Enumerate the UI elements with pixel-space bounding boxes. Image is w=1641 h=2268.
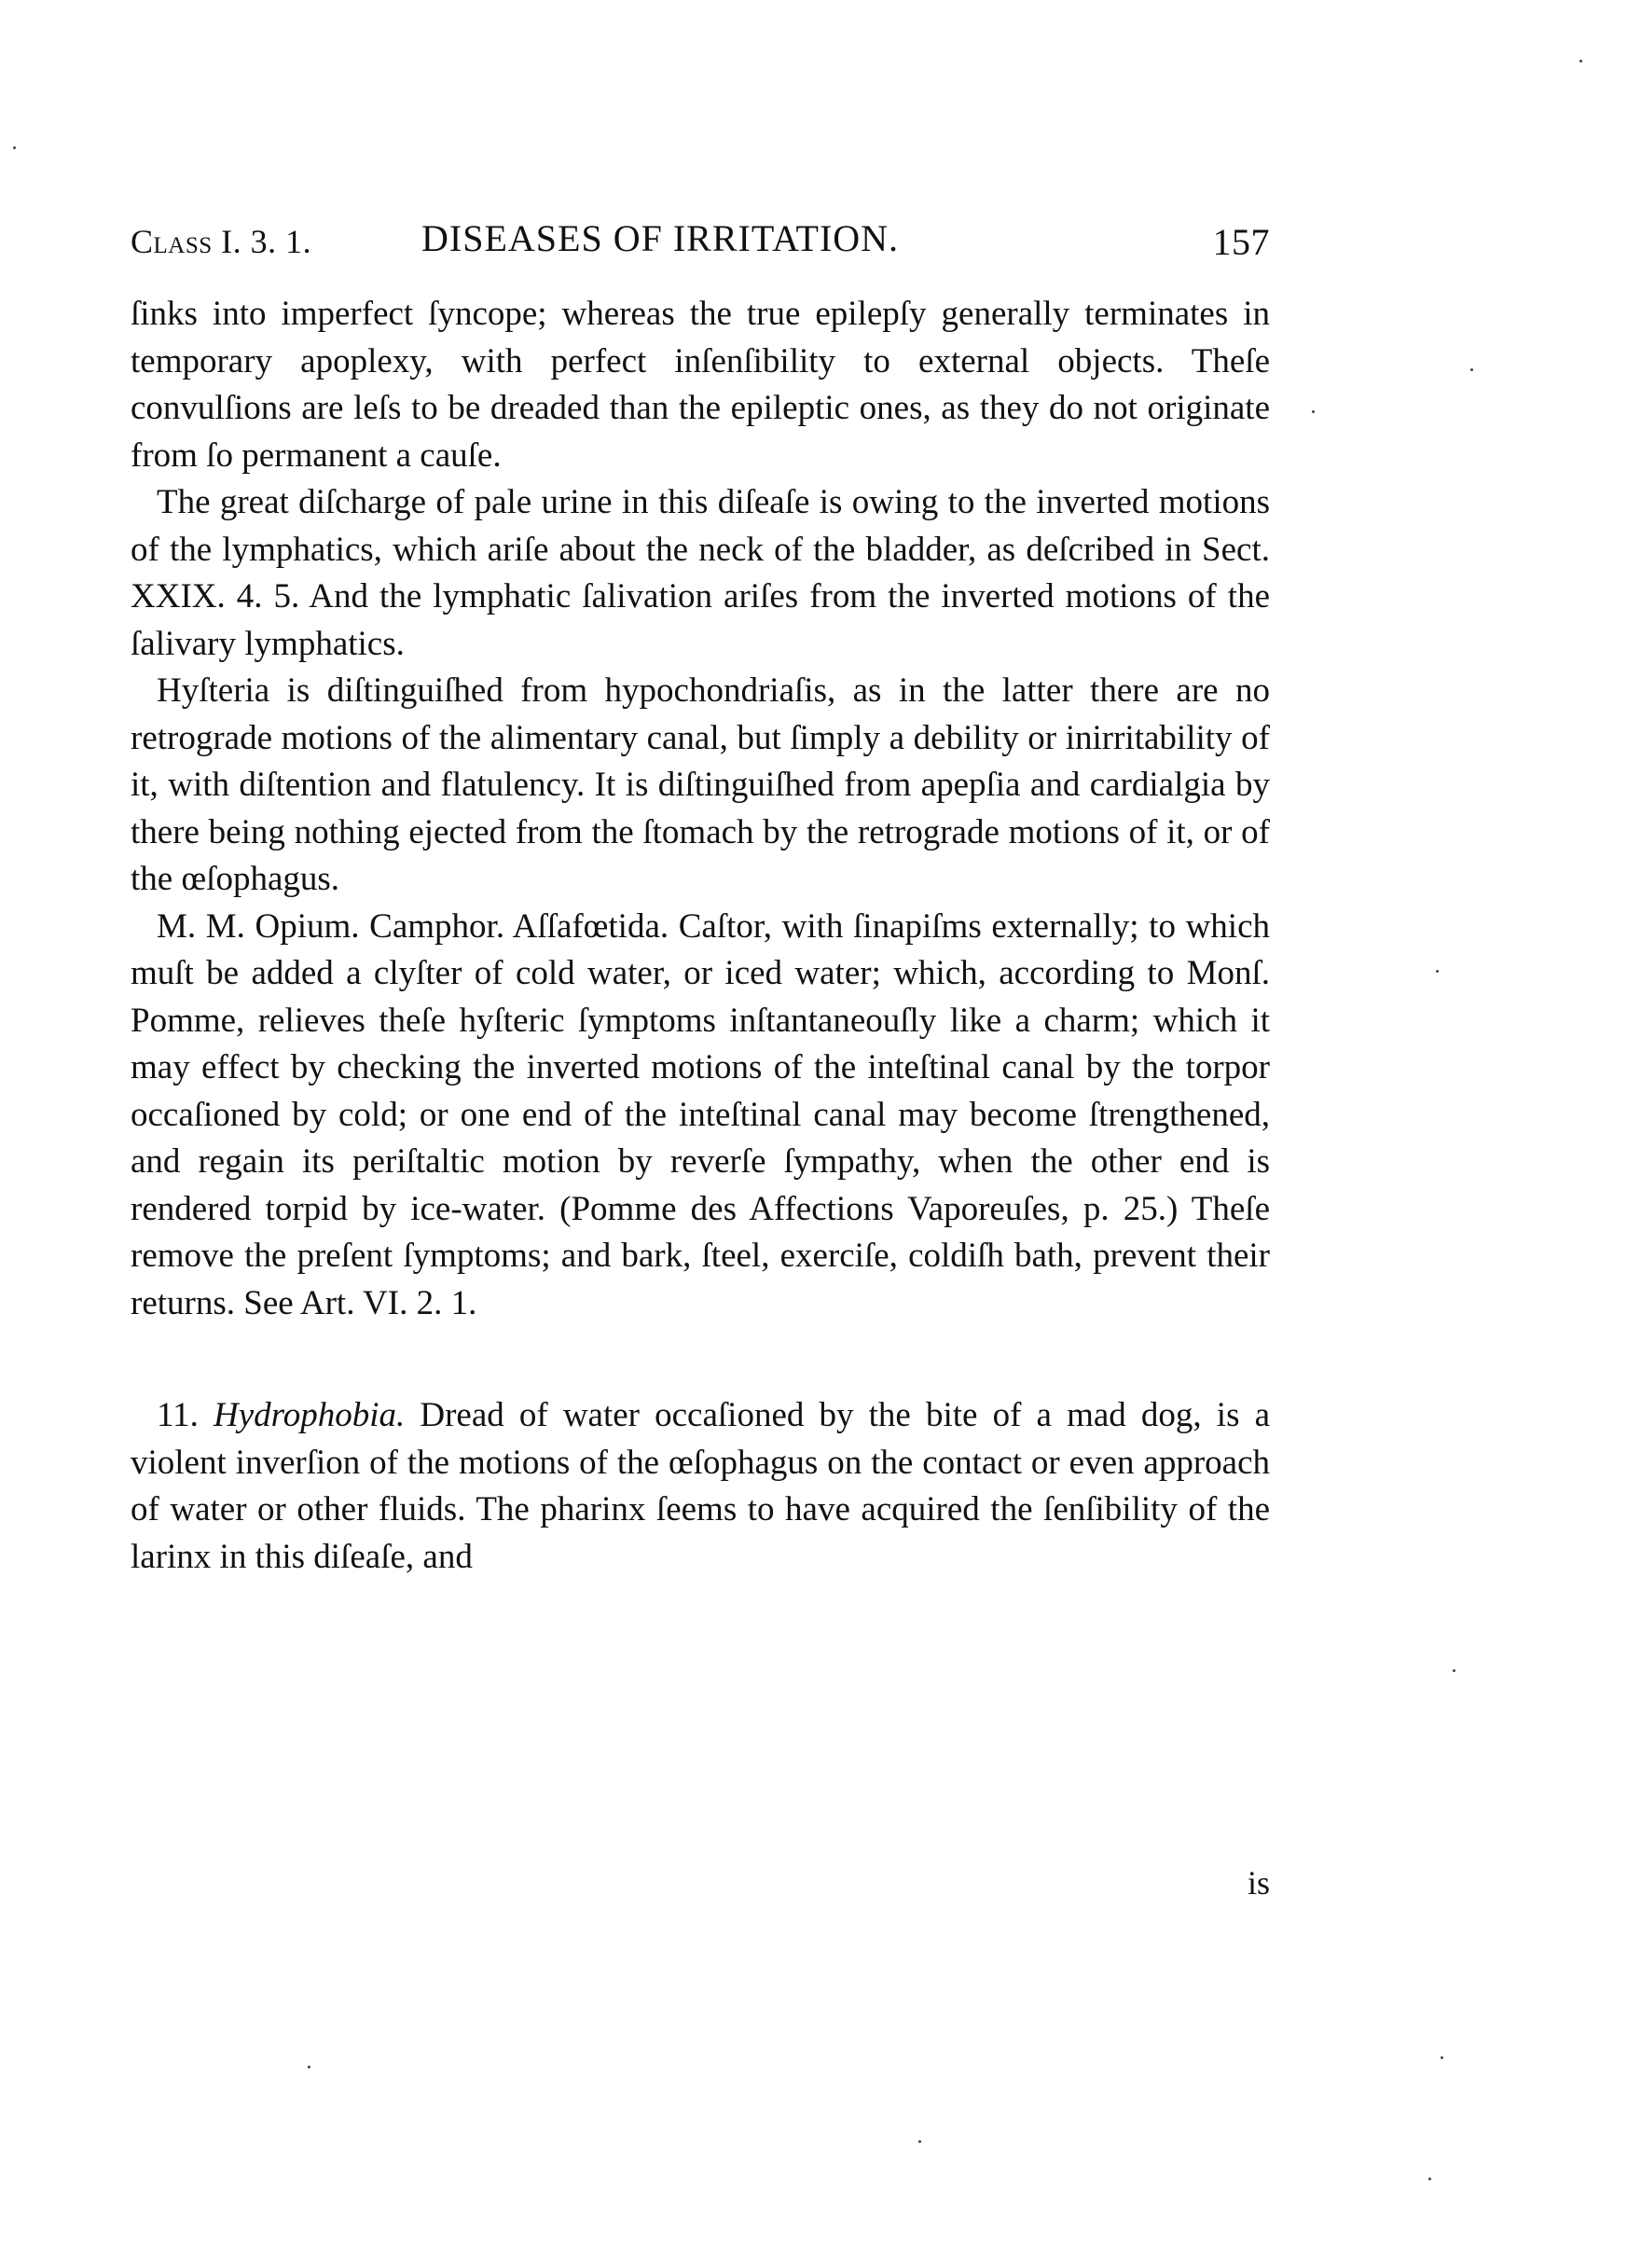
body-text: ſinks into imperfect ſyncope; whereas th… (131, 291, 1270, 1581)
scan-speck (13, 146, 16, 149)
section-number: 11. (157, 1396, 199, 1434)
scan-speck (1579, 60, 1582, 62)
paragraph-hysteria: Hyſteria is diſtinguiſhed from hypochond… (131, 668, 1270, 904)
scan-speck (918, 2140, 921, 2143)
running-head: Class I. 3. 1. DISEASES OF IRRITATION. 1… (131, 216, 1270, 269)
section-gap (131, 1327, 1270, 1392)
section-title: Hydrophobia. (214, 1396, 405, 1434)
paragraph-urine: The great diſcharge of pale urine in thi… (131, 479, 1270, 668)
scan-speck (308, 2066, 310, 2068)
scan-speck (1428, 2178, 1431, 2180)
section-hydrophobia: 11. Hydrophobia. Dread of water occaſion… (131, 1392, 1270, 1581)
catchword: is (1248, 1863, 1270, 1902)
class-reference: Class I. 3. 1. (131, 222, 311, 261)
scan-speck (1441, 2056, 1443, 2059)
scan-speck (1453, 1669, 1455, 1672)
scan-speck (1436, 970, 1439, 973)
chapter-title: DISEASES OF IRRITATION. (421, 216, 899, 260)
paragraph-continuation: ſinks into imperfect ſyncope; whereas th… (131, 291, 1270, 479)
page-number: 157 (1213, 220, 1271, 264)
scan-speck (1312, 410, 1315, 413)
paragraph-materia-medica: M. M. Opium. Camphor. Aſſafœtida. Caſtor… (131, 904, 1270, 1328)
scan-speck (1470, 368, 1473, 371)
